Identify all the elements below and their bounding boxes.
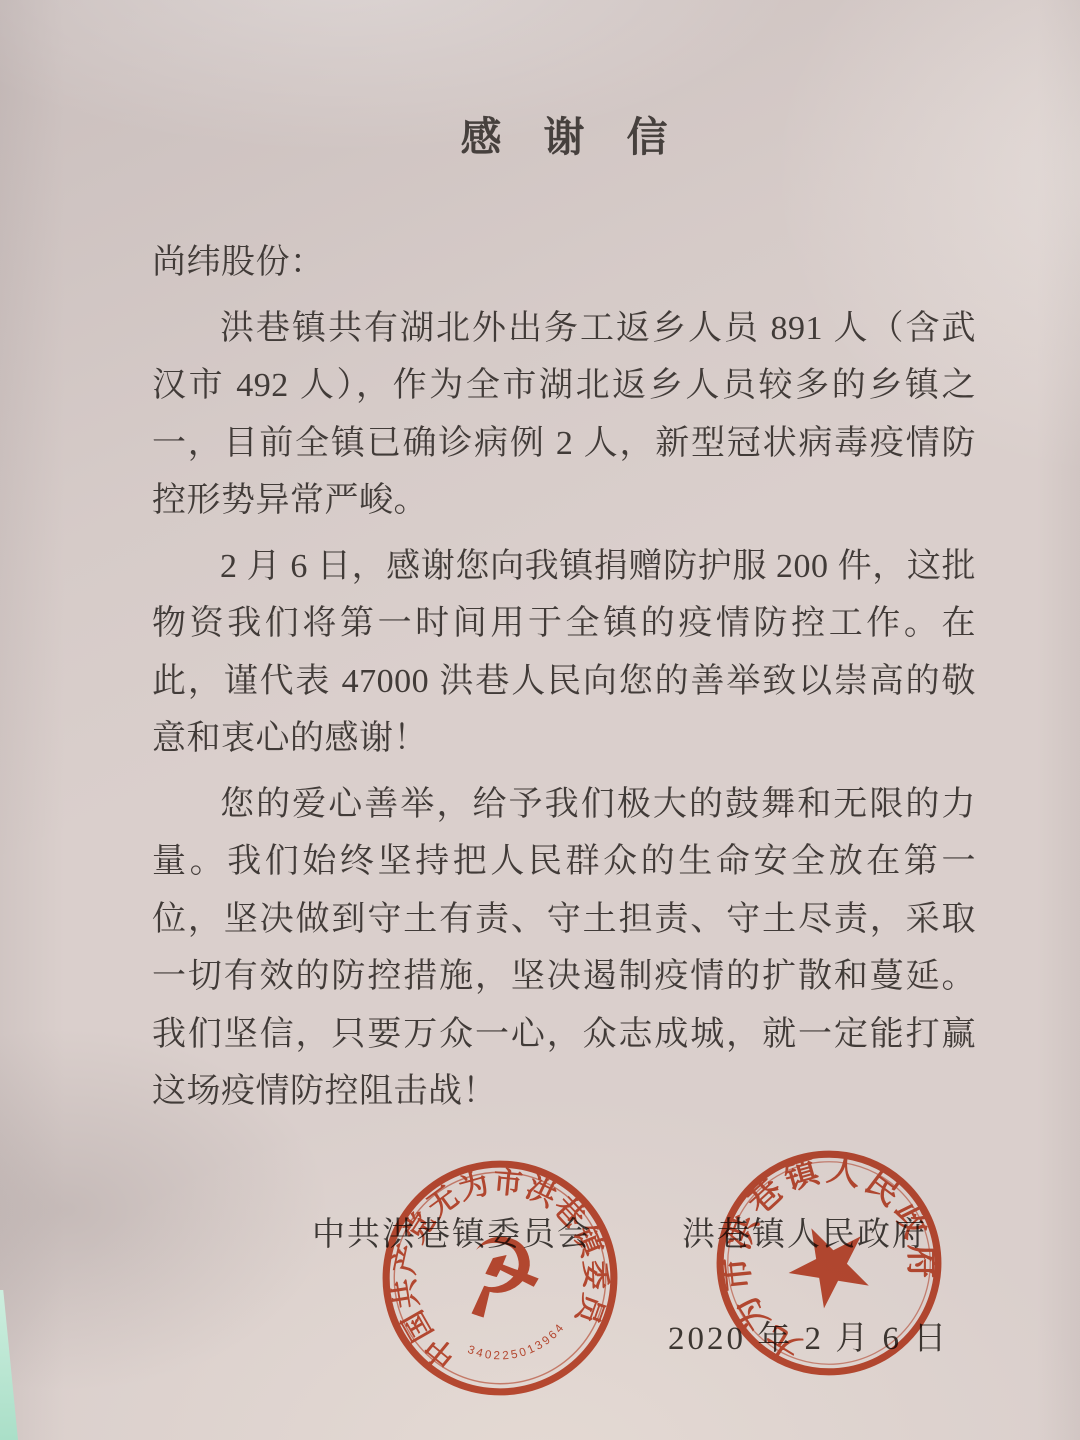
body-paragraph: 2 月 6 日，感谢您向我镇捐赠防护服 200 件，这批物资我们将第一时间用于全… [152,538,976,768]
body-paragraph: 您的爱心善举，给予我们极大的鼓舞和无限的力量。我们始终坚持把人民群众的生命安全放… [152,776,976,1121]
table-surface-edge [0,1290,18,1440]
salutation: 尚纬股份： [152,234,976,292]
seal-graphic: 无为市洪巷镇人民政府 ★ [672,1106,987,1421]
seal-graphic: 中国共产党无为市洪巷镇委员会 ☭ 3402250139640 [349,1127,651,1429]
letter-title: 感谢信 [173,104,997,163]
government-seal: 无为市洪巷镇人民政府 ★ [672,1106,987,1421]
body-paragraph: 洪巷镇共有湖北外出务工返乡人员 891 人（含武汉市 492 人），作为全市湖北… [152,300,976,530]
party-committee-seal: 中国共产党无为市洪巷镇委员会 ☭ 3402250139640 [349,1127,651,1429]
letter-photo: 感谢信 尚纬股份： 洪巷镇共有湖北外出务工返乡人员 891 人（含武汉市 492… [0,0,1080,1440]
hammer-and-sickle-icon: ☭ [440,1209,559,1344]
star-icon: ★ [761,1190,899,1338]
letter-content: 感谢信 尚纬股份： 洪巷镇共有湖北外出务工返乡人员 891 人（含武汉市 492… [152,0,976,163]
letter-body: 尚纬股份： 洪巷镇共有湖北外出务工返乡人员 891 人（含武汉市 492 人），… [152,234,976,1129]
